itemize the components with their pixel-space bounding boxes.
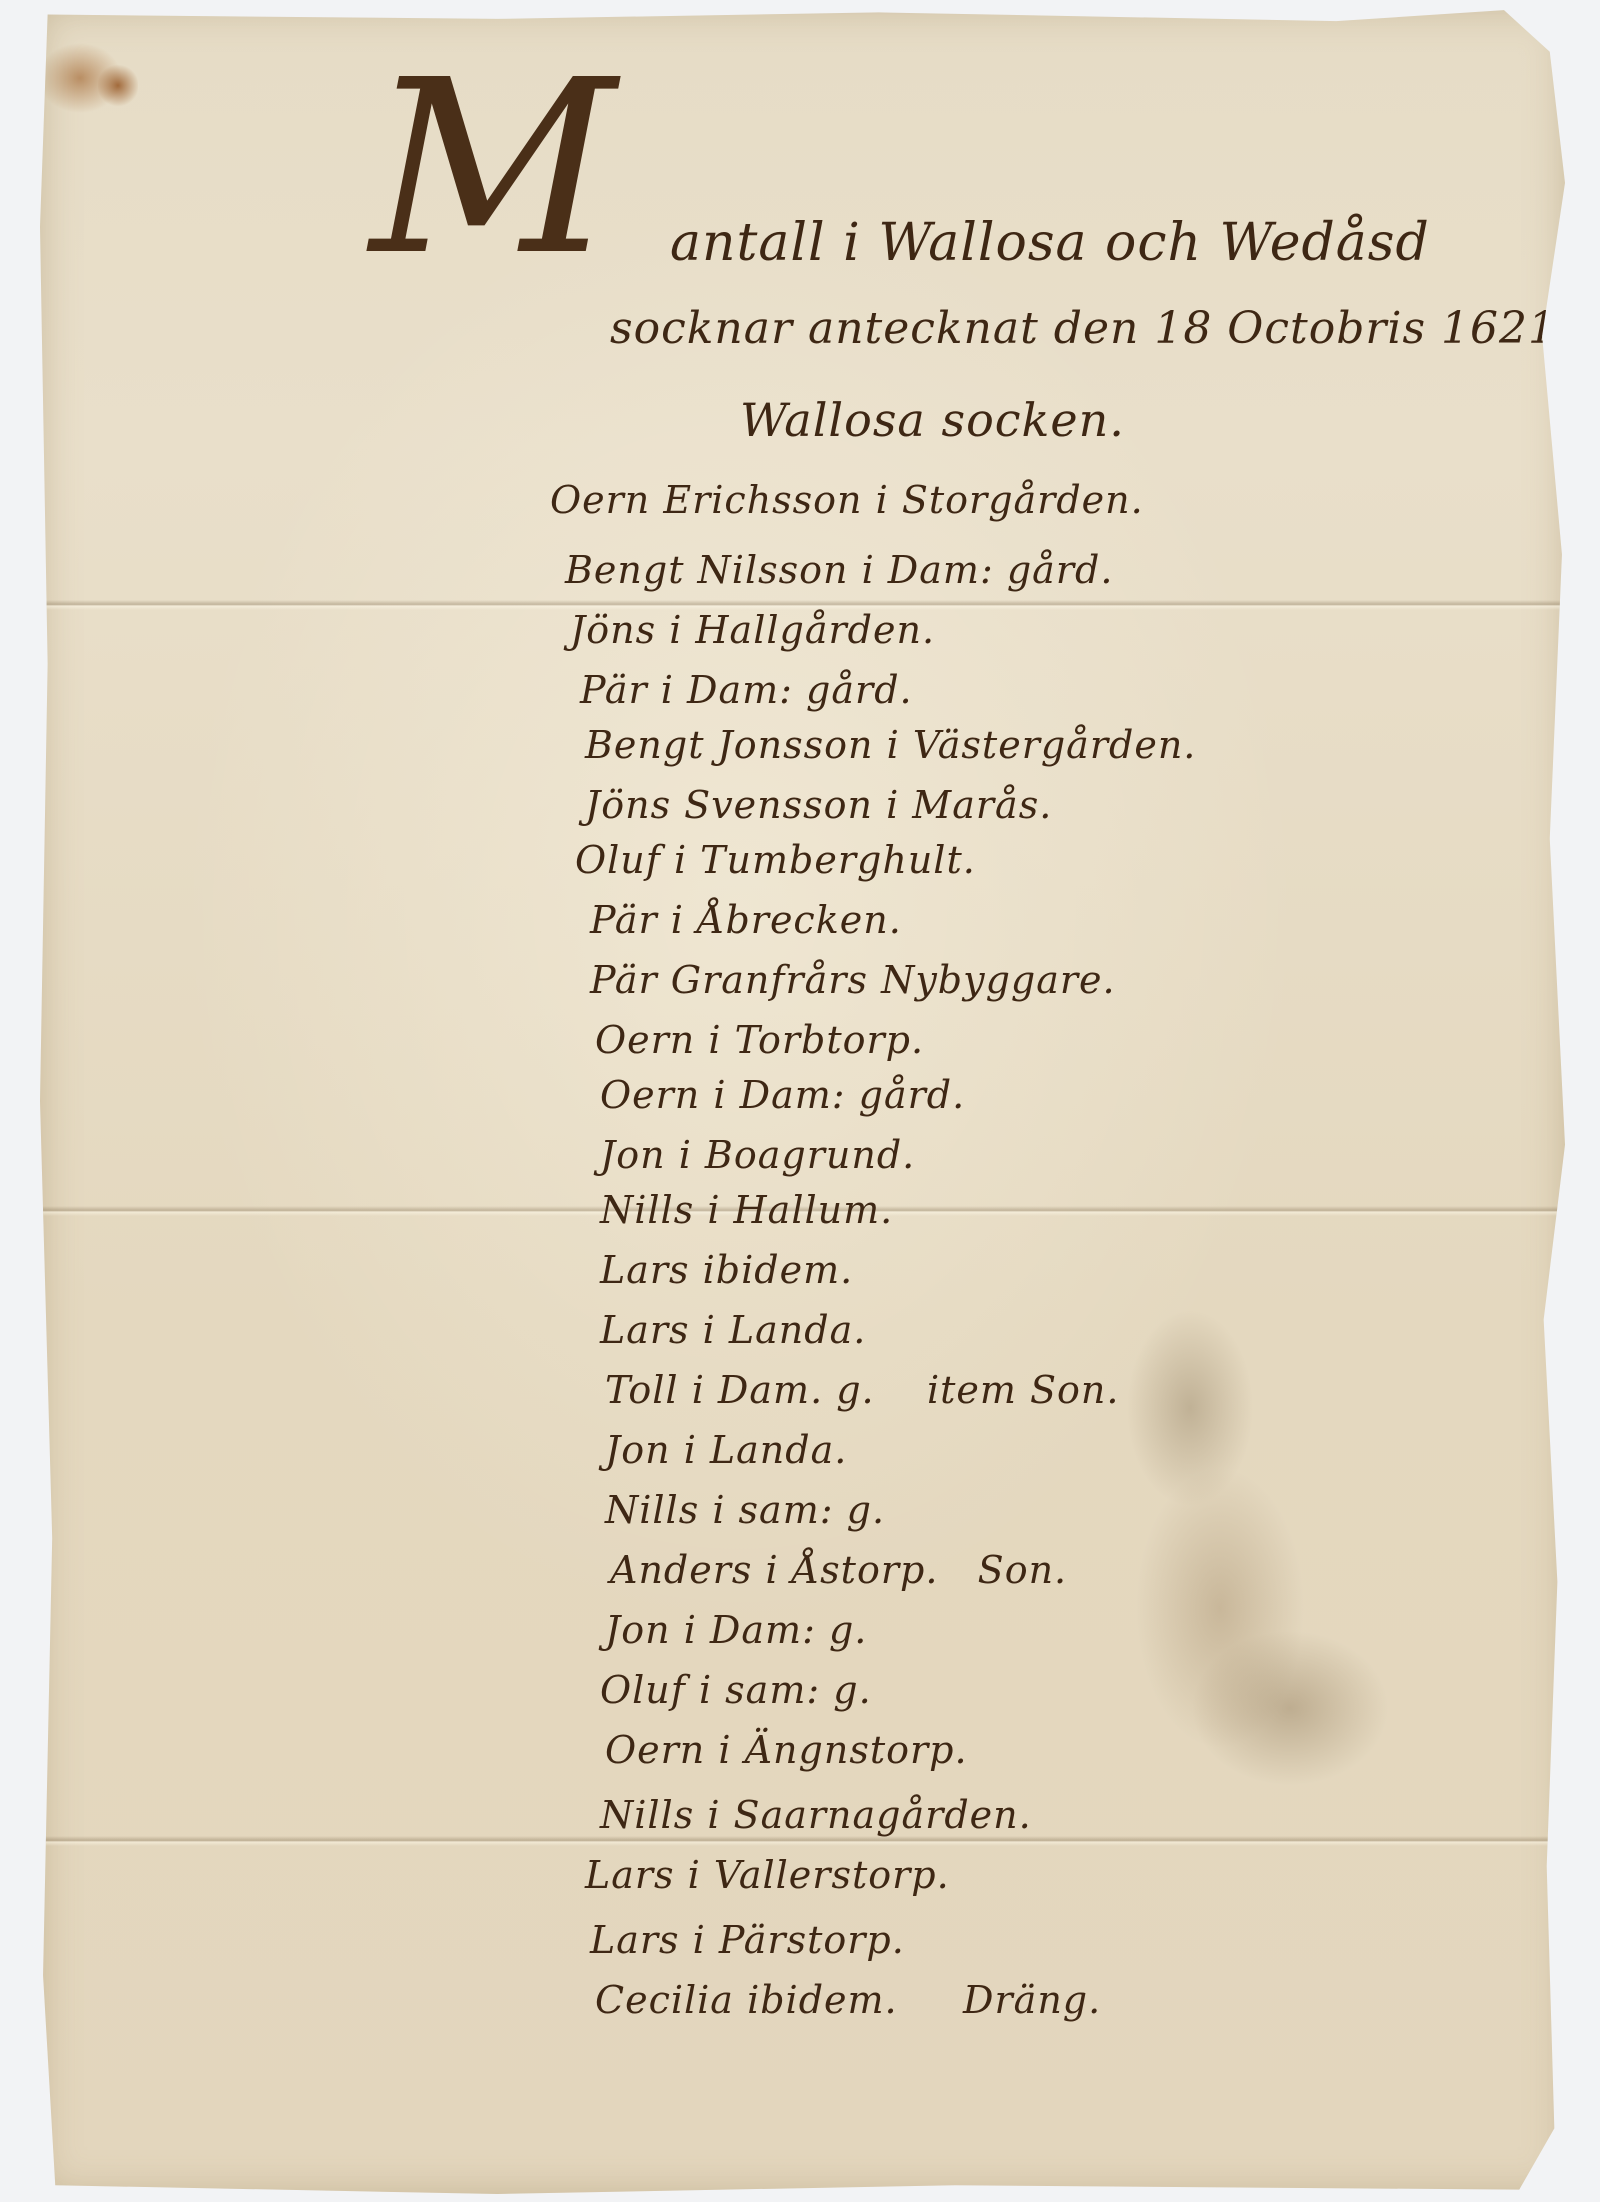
list-item: Lars i Landa. [600,1308,866,1352]
entry-place: i Pärstorp. [693,1918,905,1962]
list-item: Lars ibidem. [600,1248,853,1292]
list-item: Oern i Ängnstorp. [605,1728,968,1772]
section-heading: Wallosa socken. [740,393,1125,447]
entry-name: Oluf [600,1668,686,1712]
entry-name: Jon [605,1428,671,1472]
paper-sheet: M antall i Wallosa och Wedåsd socknar an… [40,8,1565,2194]
list-item: Toll i Dam. g. item Son. [605,1368,1119,1412]
entry-name: Bengt Nilsson [565,548,848,592]
entry-place: i Dam: gård. [661,668,913,712]
list-item: Cecilia ibidem. Dräng. [595,1978,1101,2022]
entry-place: ibidem. [747,1978,898,2022]
entry-place: i Boagrund. [679,1133,916,1177]
entry-name: Anders [610,1548,752,1592]
entry-place: i Dam: g. [684,1608,868,1652]
list-item: Oluf i sam: g. [600,1668,872,1712]
list-item: Jon i Boagrund. [600,1133,915,1177]
entry-place: i Ängnstorp. [718,1728,967,1772]
entry-place: i Dam. g. [692,1368,875,1412]
list-item: Jöns Svensson i Marås. [585,783,1052,827]
entry-name: Jöns Svensson [585,783,873,827]
list-item: Oern Erichsson i Storgården. [550,478,1144,522]
list-item: Nills i Saarnagården. [600,1793,1032,1837]
entry-place: i Åbrecken. [671,898,902,942]
entry-name: Pär [590,898,658,942]
entry-name: Lars [600,1308,690,1352]
entry-name: Pär [580,668,648,712]
entry-note: item Son. [927,1368,1120,1412]
list-item: Nills i Hallum. [600,1188,893,1232]
entry-name: Nills [605,1488,699,1532]
entry-name: Oern Erichsson [550,478,863,522]
scanned-document: M antall i Wallosa och Wedåsd socknar an… [0,0,1600,2202]
entry-place: i Torbtorp. [708,1018,924,1062]
entry-name: Nills [600,1188,694,1232]
entry-place: i Storgården. [876,478,1144,522]
entry-place: i Dam: gård. [713,1073,965,1117]
entry-name: Lars [590,1918,680,1962]
entry-name: Oern [595,1018,695,1062]
entry-name: Oluf [575,838,661,882]
list-item: Bengt Jonsson i Västergården. [585,723,1196,767]
entry-place: i sam: g. [699,1668,872,1712]
entry-name: Oern [600,1073,700,1117]
entry-name: Lars [585,1853,675,1897]
list-item: Nills i sam: g. [605,1488,885,1532]
list-item: Pär i Dam: gård. [580,668,913,712]
fold-line [40,1836,1565,1846]
list-item: Oluf i Tumberghult. [575,838,976,882]
decorative-initial: M [370,48,616,288]
entry-name: Bengt Jonsson [585,723,874,767]
list-item: Anders i Åstorp. Son. [610,1548,1067,1592]
list-item: Pär i Åbrecken. [590,898,902,942]
list-item: Jon i Landa. [605,1428,847,1472]
entry-name: Nills [600,1793,694,1837]
entry-name: Jöns [570,608,656,652]
list-item: Oern i Dam: gård. [600,1073,965,1117]
entry-place: ibidem. [703,1248,854,1292]
title-line-1: antall i Wallosa och Wedåsd [670,213,1430,273]
entry-place: i Dam: gård. [862,548,1114,592]
entry-place: i Västergården. [887,723,1197,767]
entry-name: Jon [605,1608,671,1652]
entry-name: Jon [600,1133,666,1177]
entry-place: i Hallgården. [669,608,935,652]
entry-note: Son. [978,1548,1067,1592]
list-item: Lars i Pärstorp. [590,1918,905,1962]
list-item: Lars i Vallerstorp. [585,1853,950,1897]
entry-name: Toll [605,1368,679,1412]
entry-place: i Saarnagården. [707,1793,1031,1837]
entry-place: i sam: g. [712,1488,885,1532]
entry-place: i Landa. [684,1428,848,1472]
entry-place: Nybyggare. [881,958,1116,1002]
entry-place: i Tumberghult. [674,838,976,882]
list-item: Jöns i Hallgården. [570,608,935,652]
entry-place: i Vallerstorp. [688,1853,950,1897]
entry-name: Oern [605,1728,705,1772]
entry-place: i Landa. [703,1308,867,1352]
entry-place: i Marås. [886,783,1052,827]
stain-mark [98,63,138,108]
entry-name: Cecilia [595,1978,734,2022]
entry-name: Pär Granfrårs [590,958,868,1002]
title-line-2: socknar antecknat den 18 Octobris 1621. [610,303,1572,354]
entry-name: Lars [600,1248,690,1292]
list-item: Pär Granfrårs Nybyggare. [590,958,1116,1002]
list-item: Jon i Dam: g. [605,1608,867,1652]
list-item: Oern i Torbtorp. [595,1018,924,1062]
entry-note: Dräng. [963,1978,1101,2022]
entry-place: i Åstorp. [766,1548,939,1592]
entry-place: i Hallum. [707,1188,893,1232]
list-item: Bengt Nilsson i Dam: gård. [565,548,1113,592]
